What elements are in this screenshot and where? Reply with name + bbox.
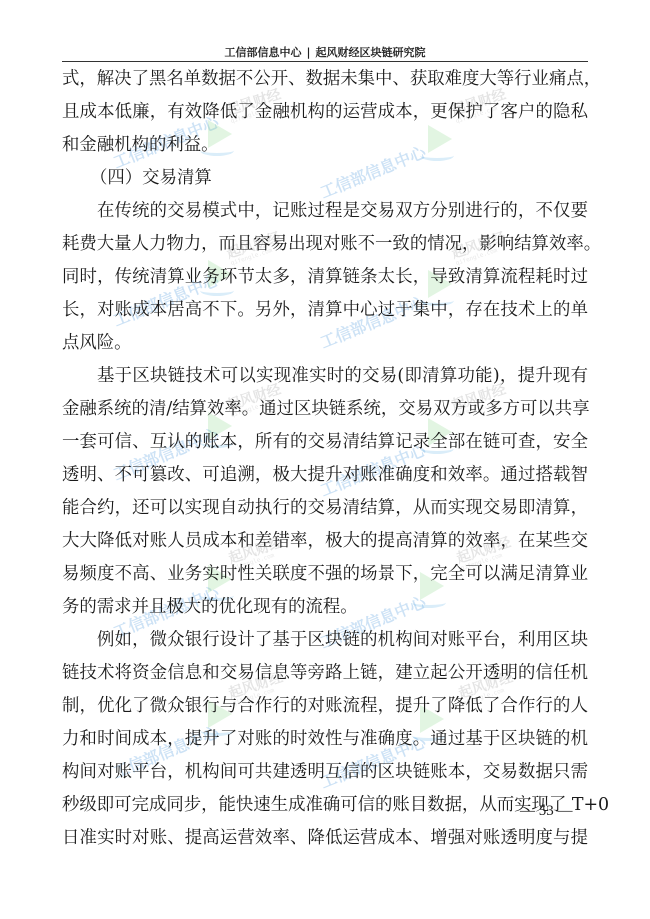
header-rule (62, 61, 588, 62)
section-heading: （四）交易清算 (62, 162, 588, 195)
page-number: — 53 — (520, 803, 610, 820)
paragraph-line: 基于区块链技术可以实现准实时的交易(即清算功能)，提升现有 (62, 360, 588, 393)
paragraph-line: 且成本低廉，有效降低了金融机构的运营成本，更保护了客户的隐私 (62, 96, 588, 129)
paragraph-line: 力和时间成本，提升了对账的时效性与准确度。通过基于区块链的机 (62, 723, 588, 756)
header-institute: 起风财经区块链研究院 (316, 46, 426, 59)
paragraph-line: 式，解决了黑名单数据不公开、数据未集中、获取难度大等行业痛点， (62, 63, 588, 96)
paragraph-line: 点风险。 (62, 327, 588, 360)
paragraph-line: 和金融机构的利益。 (62, 129, 588, 162)
document-page: 工信部信息中心|起风财经区块链研究院 工信部信息中心 起风财经 qifengle… (0, 0, 650, 919)
paragraph-line: 耗费大量人力物力，而且容易出现对账不一致的情况，影响结算效率。 (62, 228, 588, 261)
paragraph-line: 能合约，还可以实现自动执行的交易清结算，从而实现交易即清算， (62, 492, 588, 525)
body-text: 式，解决了黑名单数据不公开、数据未集中、获取难度大等行业痛点， 且成本低廉，有效… (62, 63, 588, 855)
paragraph-line: 大大降低对账人员成本和差错率，极大的提高清算的效率，在某些交 (62, 525, 588, 558)
paragraph-line: 制，优化了微众银行与合作行的对账流程，提升了降低了合作行的人 (62, 690, 588, 723)
running-header: 工信部信息中心|起风财经区块链研究院 (62, 44, 588, 60)
paragraph-line: 日准实时对账、提高运营效率、降低运营成本、增强对账透明度与提 (62, 822, 588, 855)
paragraph-line: 链技术将资金信息和交易信息等旁路上链，建立起公开透明的信任机 (62, 657, 588, 690)
paragraph-line: 易频度不高、业务实时性关联度不强的场景下，完全可以满足清算业 (62, 558, 588, 591)
paragraph-line: 例如，微众银行设计了基于区块链的机构间对账平台，利用区块 (62, 624, 588, 657)
paragraph-line: 务的需求并且极大的优化现有的流程。 (62, 591, 588, 624)
paragraph-line: 金融系统的清/结算效率。通过区块链系统，交易双方或多方可以共享 (62, 393, 588, 426)
paragraph-line: 构间对账平台，机构间可共建透明互信的区块链账本，交易数据只需 (62, 756, 588, 789)
paragraph-line: 在传统的交易模式中，记账过程是交易双方分别进行的，不仅要 (62, 195, 588, 228)
header-org: 工信部信息中心 (224, 46, 301, 59)
paragraph-line: 秒级即可完成同步，能快速生成准确可信的账目数据，从而实现了 T+0 (62, 789, 588, 822)
paragraph-line: 一套可信、互认的账本，所有的交易清结算记录全部在链可查，安全 (62, 426, 588, 459)
paragraph-line: 长，对账成本居高不下。另外，清算中心过于集中，存在技术上的单 (62, 294, 588, 327)
paragraph-line: 透明、不可篡改、可追溯，极大提升对账准确度和效率。通过搭载智 (62, 459, 588, 492)
header-separator: | (306, 46, 310, 59)
paragraph-line: 同时，传统清算业务环节太多，清算链条太长，导致清算流程耗时过 (62, 261, 588, 294)
